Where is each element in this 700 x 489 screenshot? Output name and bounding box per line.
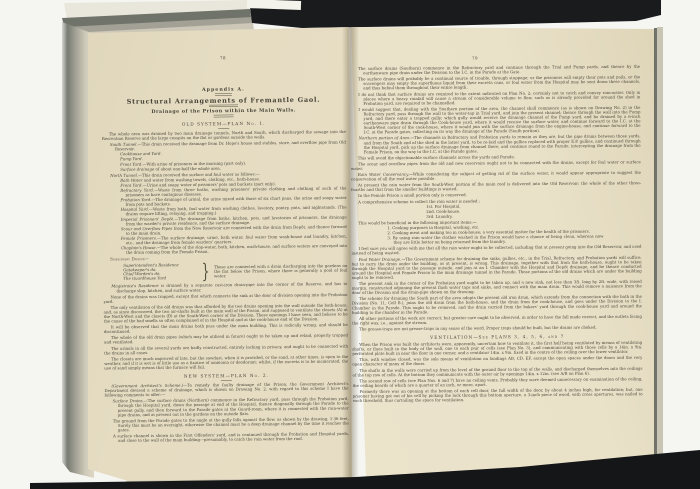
hang1-block: The surface drains will probably be a co… <box>363 75 640 91</box>
p-block: Formerly there was an opening at the bot… <box>353 387 643 403</box>
rule-block <box>215 93 232 95</box>
rule-block <box>218 128 229 129</box>
lead-phrase: Surface Drains. <box>113 399 144 404</box>
lead-phrase: Foul Water Drainage. <box>359 257 402 262</box>
lead-phrase: (Government Architect's Scheme.) <box>111 383 183 388</box>
p-block: At present the rain water from the South… <box>351 181 641 192</box>
lead-phrase: Surface drainage <box>120 167 154 172</box>
p-block: The scour and overflow pipes from the ol… <box>351 160 641 171</box>
lead-phrase: Imperial Prisoners' Depôt. <box>121 217 175 222</box>
lead-phrase: Refractory Yard. <box>120 188 154 193</box>
p-block: The whole of the old drain pipes (which … <box>104 333 348 345</box>
hang1-block: I would suggest that, dealing with the S… <box>363 105 640 134</box>
book-right-edge <box>657 27 663 461</box>
p-block: Rain Water Conservancy.—While considerin… <box>351 170 641 181</box>
page-78-text: 78 Appendix A.Structural Arrangements of… <box>101 54 349 443</box>
rule-block <box>209 104 238 107</box>
p-block: The shafts in the walls were carried up … <box>352 366 642 377</box>
p-block: None of the drains was trapped, except t… <box>103 292 347 304</box>
p-block: It will be observed that the main drains… <box>104 323 348 335</box>
p-block: I feel sure you will agree with me that … <box>351 244 641 255</box>
brace-items: Superintendent's ResidenceGatekeeper's d… <box>123 263 199 281</box>
lead-phrase: Hospital Yard. <box>121 207 150 212</box>
p-block: The second row of cells (see Plan Nos. 6… <box>353 377 643 388</box>
p-block: The only ventilation of the old drains w… <box>104 303 348 324</box>
p-block: The grease-traps are not grease-traps in… <box>352 325 642 332</box>
lead-phrase: Pump Yard. <box>120 157 143 162</box>
p-block: The urinals in all the several yards are… <box>104 344 348 356</box>
brace-note: These are connected with a drain dischar… <box>214 263 347 278</box>
hang1-block: Northern portion of Area.—The channels i… <box>364 134 641 154</box>
h-sub-block: Drainage of the Prison within the Main W… <box>102 108 346 115</box>
lead-phrase: North Tunnel. <box>110 173 138 178</box>
lead-phrase: Female Prisoners. <box>121 236 157 241</box>
p-block: The whole area was drained by two main d… <box>102 129 346 141</box>
brace-icon: } <box>201 262 209 282</box>
lead-phrase: Front Yard. <box>120 162 142 167</box>
rule-block <box>221 380 232 381</box>
lead-phrase: Rain Water Conservancy. <box>358 172 409 177</box>
h-main-block: Structural Arrangements of Fremantle Gao… <box>101 97 345 104</box>
page-number: 79 <box>350 55 640 62</box>
lead-phrase: Scour and Overflow Pipes <box>121 226 173 231</box>
p-block: This, with window closed, was the sole m… <box>352 355 642 366</box>
lead-phrase: Bath Water <box>120 178 142 183</box>
lead-phrase: Northern portion of Area. <box>359 136 411 141</box>
hang1-block: I do not think that surface drains are r… <box>363 90 640 106</box>
hang1-block: Surface Drains.—The surface drains (Nort… <box>118 397 349 418</box>
lead-phrase: Cookhouse and Yard. <box>120 152 162 157</box>
page-79-text: 79 The surface drains (Southern) commenc… <box>350 55 643 403</box>
p-block: The scheme for draining the South part o… <box>352 294 642 314</box>
lead-phrase: Probation Yard. <box>120 198 151 203</box>
rule-block <box>214 115 234 117</box>
num-block: 3. By using rain water the clothes washe… <box>393 234 603 245</box>
p-block: Foul Water Drainage.—The Government sche… <box>352 255 642 280</box>
h-sec-block: OLD SYSTEM—PLAN No. 1. <box>102 121 346 128</box>
p-block: The present sink in the corner of the Pr… <box>352 279 642 295</box>
h-sec-block: NEW SYSTEM—PLAN No. 2. <box>104 373 348 380</box>
p-block: All other portions of the work are corre… <box>352 314 642 325</box>
p-block: (Government Architect's Scheme.)—To reme… <box>104 381 348 397</box>
lead-phrase: Front Yard. <box>120 183 142 188</box>
lead-phrase: South Tunnel. <box>110 142 138 147</box>
lead-phrase: Chaplain's House. <box>121 245 157 250</box>
lead-phrase: Magistrate's Residence <box>111 284 158 289</box>
page-78-blocks: Appendix A.Structural Arrangements of Fr… <box>101 86 349 443</box>
p-block: The closets are much improved of late, b… <box>104 354 348 370</box>
h-appendix-block: Appendix A. <box>101 86 345 93</box>
p-block: When the Prison was built the architects… <box>352 340 642 356</box>
scanned-book-spread: 78 Appendix A.Structural Arrangements of… <box>0 0 700 489</box>
brace-block: Superintendent's ResidenceGatekeeper's d… <box>123 260 347 282</box>
hang1-block: Magistrate's Residence is drained by a s… <box>116 282 347 294</box>
hang1-block: The surface drains (Southern) commence i… <box>363 64 640 75</box>
hang1-block: The ground from the Parade gates to the … <box>118 416 349 432</box>
hang2-block: Chaplain's House.—The whole of the slop-… <box>126 243 347 254</box>
page-79-blocks: The surface drains (Southern) commence i… <box>350 64 643 403</box>
